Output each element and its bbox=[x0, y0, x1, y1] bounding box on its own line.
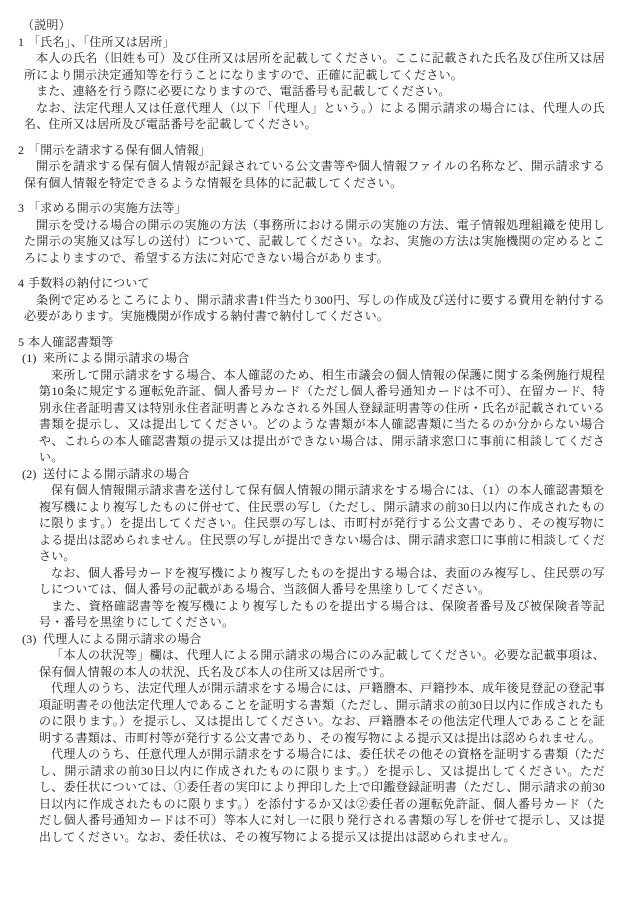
section-number: 2 bbox=[18, 142, 28, 159]
subsection-number: (2) bbox=[22, 466, 43, 483]
subsection-paragraph: 代理人のうち、任意代理人が開示請求をする場合には、委任状その他その資格を証明する… bbox=[39, 746, 605, 845]
section-paragraph: 本人の氏名（旧姓も可）及び住所又は居所を記載してください。ここに記載された氏名及… bbox=[24, 50, 605, 83]
subsection-title: 代理人による開示請求の場合 bbox=[43, 632, 202, 646]
subsection-header: (1)来所による開示請求の場合 bbox=[22, 350, 605, 367]
subsection-paragraph: 「本人の状況等」欄は、代理人による開示請求の場合にのみ記載してください。必要な記… bbox=[39, 647, 605, 680]
section-paragraph: 条例で定めるところにより、開示請求書1件当たり300円、写しの作成及び送付に要す… bbox=[24, 292, 605, 325]
section-paragraph: 開示を請求する保有個人情報が記録されている公文書等や個人情報ファイルの名称など、… bbox=[24, 158, 605, 191]
subsection-paragraph: 保有個人情報開示請求書を送付して保有個人情報の開示請求をする場合には、（1）の本… bbox=[39, 482, 605, 565]
section: 1「氏名」、「住所又は居所」 本人の氏名（旧姓も可）及び住所又は居所を記載してく… bbox=[18, 34, 605, 133]
subsection-paragraph: なお、個人番号カードを複写機により複写したものを提出する場合は、表面のみ複写し、… bbox=[39, 565, 605, 598]
subsection-number: (3) bbox=[22, 631, 43, 648]
section-body: 本人の氏名（旧姓も可）及び住所又は居所を記載してください。ここに記載された氏名及… bbox=[18, 50, 605, 133]
subsection: (1)来所による開示請求の場合 来所して開示請求をする場合、本人確認のため、相生… bbox=[18, 350, 605, 466]
subsection: (2)送付による開示請求の場合 保有個人情報開示請求書を送付して保有個人情報の開… bbox=[18, 466, 605, 631]
section-paragraph: 開示を受ける場合の開示の実施の方法（事務所における開示の実施の方法、電子情報処理… bbox=[24, 217, 605, 267]
subsection-paragraph: また、資格確認書等を複写機により複写したものを提出する場合は、保険者番号及び被保… bbox=[39, 598, 605, 631]
subsection-header: (2)送付による開示請求の場合 bbox=[22, 466, 605, 483]
section-header: 1「氏名」、「住所又は居所」 bbox=[18, 34, 605, 51]
section-title: 「開示を請求する保有個人情報」 bbox=[28, 143, 211, 157]
section-header: 4手数料の納付について bbox=[18, 275, 605, 292]
section-paragraph: また、連絡を行う際に必要になりますので、電話番号も記載してください。 bbox=[24, 83, 605, 100]
section-body: 開示を請求する保有個人情報が記録されている公文書等や個人情報ファイルの名称など、… bbox=[18, 158, 605, 191]
section-title: 「求める開示の実施方法等」 bbox=[28, 201, 187, 215]
section-number: 4 bbox=[18, 275, 28, 292]
section-body: 条例で定めるところにより、開示請求書1件当たり300円、写しの作成及び送付に要す… bbox=[18, 292, 605, 325]
section-title: 本人確認書類等 bbox=[28, 335, 113, 349]
section-number: 1 bbox=[18, 34, 28, 51]
section-number: 3 bbox=[18, 200, 28, 217]
subsection-title: 送付による開示請求の場合 bbox=[43, 467, 189, 481]
subsection-body: 保有個人情報開示請求書を送付して保有個人情報の開示請求をする場合には、（1）の本… bbox=[18, 482, 605, 631]
subsection-paragraph: 代理人のうち、法定代理人が開示請求をする場合には、戸籍謄本、戸籍抄本、成年後見登… bbox=[39, 680, 605, 746]
section-header: 5本人確認書類等 bbox=[18, 334, 605, 351]
section: 3「求める開示の実施方法等」 開示を受ける場合の開示の実施の方法（事務所における… bbox=[18, 200, 605, 266]
subsection: (3)代理人による開示請求の場合 「本人の状況等」欄は、代理人による開示請求の場… bbox=[18, 631, 605, 846]
subsection-number: (1) bbox=[22, 350, 43, 367]
section-body: 開示を受ける場合の開示の実施の方法（事務所における開示の実施の方法、電子情報処理… bbox=[18, 217, 605, 267]
subsection-title: 来所による開示請求の場合 bbox=[43, 351, 189, 365]
document-heading: （説明） bbox=[22, 17, 605, 34]
section-paragraph: なお、法定代理人又は任意代理人（以下「代理人」という。）による開示請求の場合には… bbox=[24, 100, 605, 133]
subsection-body: 「本人の状況等」欄は、代理人による開示請求の場合にのみ記載してください。必要な記… bbox=[18, 647, 605, 845]
subsection-body: 来所して開示請求をする場合、本人確認のため、相生市議会の個人情報の保護に関する条… bbox=[18, 367, 605, 466]
document-page: （説明） 1「氏名」、「住所又は居所」 本人の氏名（旧姓も可）及び住所又は居所を… bbox=[0, 0, 630, 903]
section-number: 5 bbox=[18, 334, 28, 351]
section: 4手数料の納付について 条例で定めるところにより、開示請求書1件当たり300円、… bbox=[18, 275, 605, 325]
section-title: 「氏名」、「住所又は居所」 bbox=[28, 35, 175, 49]
section-title: 手数料の納付について bbox=[28, 276, 150, 290]
subsection-header: (3)代理人による開示請求の場合 bbox=[22, 631, 605, 648]
section-header: 3「求める開示の実施方法等」 bbox=[18, 200, 605, 217]
section: 5本人確認書類等 (1)来所による開示請求の場合 来所して開示請求をする場合、本… bbox=[18, 334, 605, 846]
subsection-paragraph: 来所して開示請求をする場合、本人確認のため、相生市議会の個人情報の保護に関する条… bbox=[39, 367, 605, 466]
section-header: 2「開示を請求する保有個人情報」 bbox=[18, 142, 605, 159]
section: 2「開示を請求する保有個人情報」 開示を請求する保有個人情報が記録されている公文… bbox=[18, 142, 605, 192]
